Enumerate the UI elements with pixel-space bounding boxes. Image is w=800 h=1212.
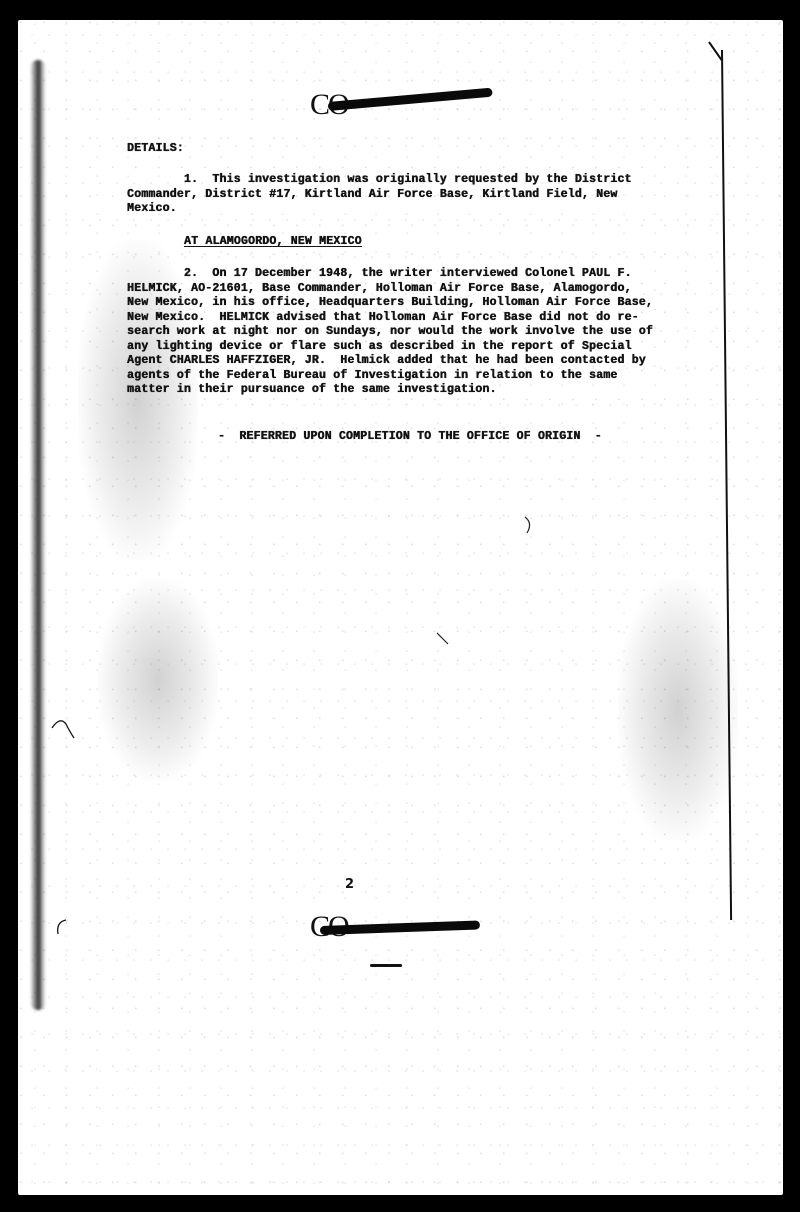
section-heading: AT ALAMOGORDO, NEW MEXICO — [184, 235, 362, 250]
pen-mark — [523, 515, 535, 535]
document-page: CO DETAILS: 1. This investigation was or… — [18, 20, 783, 1195]
referral-note: - REFERRED UPON COMPLETION TO THE OFFICE… — [218, 430, 602, 445]
pen-mark — [436, 632, 450, 646]
redaction-bar — [328, 88, 493, 111]
confidential-stamp-redacted: CO — [310, 910, 500, 944]
left-edge-smudge — [30, 60, 46, 1010]
confidential-stamp-redacted: CO — [310, 88, 500, 122]
details-label: DETAILS: — [127, 142, 184, 157]
dash-mark — [370, 964, 402, 967]
scan-shading — [98, 580, 218, 780]
page-number: 2 — [345, 877, 354, 892]
pen-mark — [54, 918, 68, 936]
paragraph-2: 2. On 17 December 1948, the writer inter… — [127, 267, 653, 398]
pen-mark — [50, 710, 80, 740]
paragraph-1: 1. This investigation was originally req… — [127, 173, 632, 217]
scan-shading — [618, 580, 738, 840]
right-margin-line — [721, 50, 732, 920]
